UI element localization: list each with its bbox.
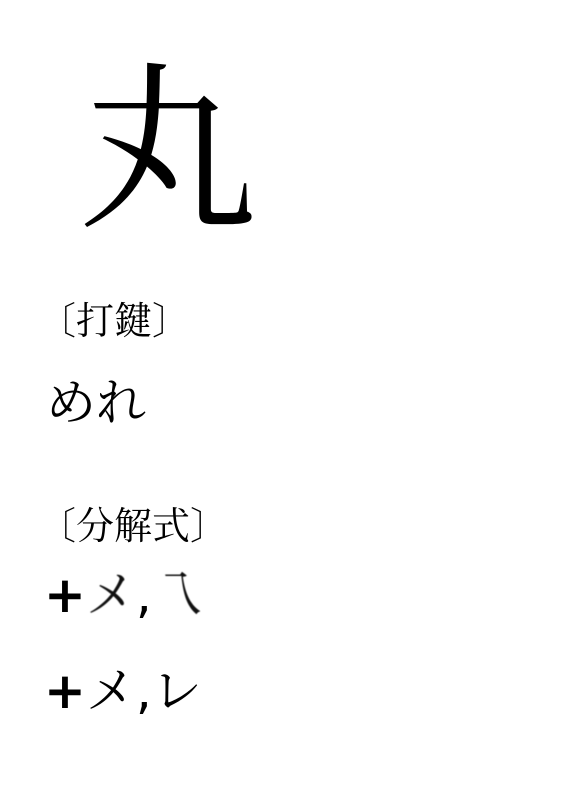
typing-label: 〔打鍵〕 — [38, 302, 190, 340]
component-stroke: 乁 — [152, 570, 202, 620]
component: レ — [152, 662, 202, 720]
separator: , — [136, 662, 152, 720]
decomposition-label: 〔分解式〕 — [38, 507, 228, 545]
main-character: 丸 — [78, 62, 258, 242]
component-stroke: メ — [86, 570, 136, 620]
separator: , — [136, 566, 152, 624]
plus-sign: + — [44, 566, 86, 624]
plus-sign: + — [44, 662, 86, 720]
decomposition-formula-1: +メ,乁 — [44, 570, 202, 620]
component: メ — [86, 662, 136, 720]
decomposition-formula-2: +メ,レ — [44, 666, 202, 716]
typing-keys: めれ — [46, 378, 146, 428]
